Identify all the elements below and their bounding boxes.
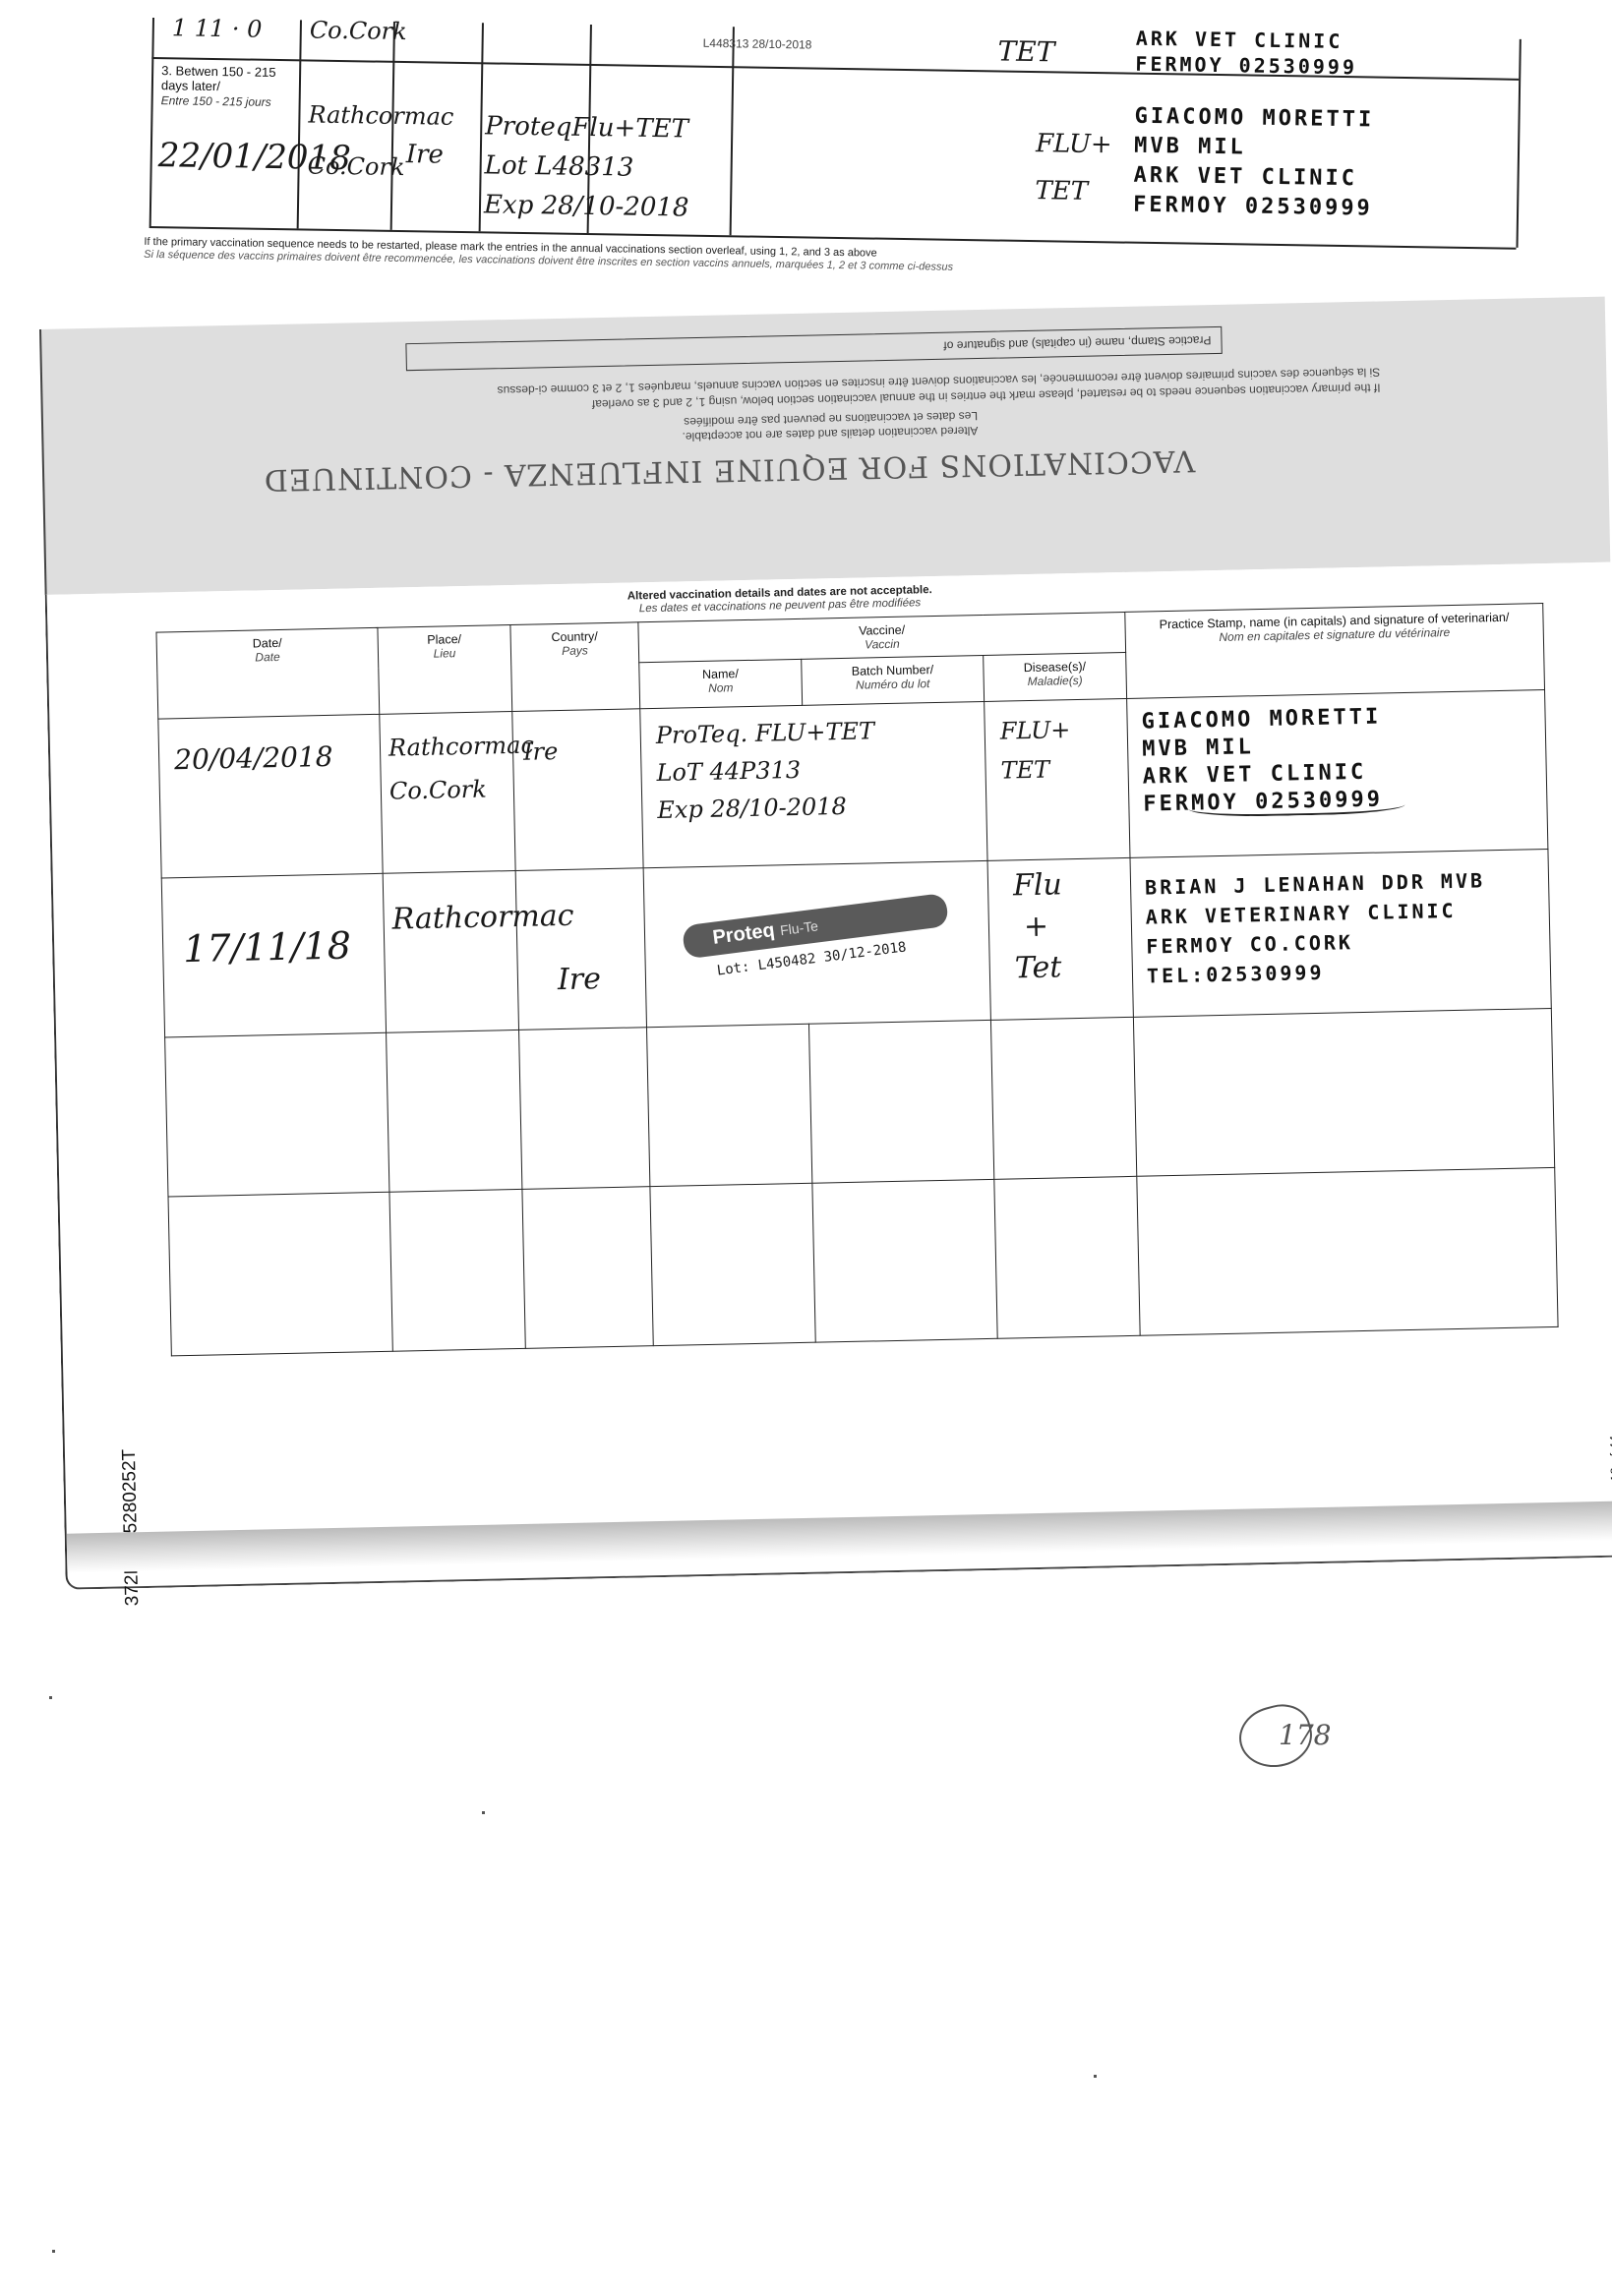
upside-down-page-band: VACCINATIONS FOR EQUINE INFLUENZA - CONT… — [39, 297, 1610, 595]
scan-speck — [482, 1811, 485, 1814]
vaccine-sticker: Proteq Flu-Te Lot: L450482 30/12-2018 — [682, 893, 954, 994]
cell-country: Ire — [512, 709, 643, 871]
prev-row-batch: L448313 28/10-2018 — [703, 36, 812, 52]
vaccination-table: Date/Date Place/Lieu Country/Pays Vaccin… — [155, 603, 1558, 1356]
header-country: Country/Pays — [510, 622, 640, 712]
table-border — [1516, 39, 1521, 248]
table-row: 17/11/18 Rathcormac Ire Proteq Flu-Te Lo… — [161, 849, 1551, 1036]
upside-down-stamp-header: Practice Stamp, name (in capitals) and s… — [405, 326, 1222, 371]
header-name: Name/Nom — [639, 659, 803, 708]
table-border — [297, 20, 302, 228]
cell-stamp: GIACOMO MORETTIMVB MILARK VET CLINICFERM… — [1127, 690, 1548, 858]
header-stamp: Practice Stamp, name (in capitals) and s… — [1125, 604, 1545, 699]
cell-disease: FLU+TET — [985, 698, 1130, 860]
row3-label: 3. Betwen 150 - 215 days later/ Entre 15… — [161, 63, 300, 110]
table-row — [165, 1008, 1555, 1196]
cell-place: RathcormacCo.Cork — [380, 712, 515, 874]
page-number: 18 of 44 — [1607, 1436, 1612, 1482]
row3-stamp: GIACOMO MORETTI MVB MIL ARK VET CLINIC F… — [1133, 102, 1375, 224]
upside-down-content: VACCINATIONS FOR EQUINE INFLUENZA - CONT… — [41, 297, 1610, 595]
prev-row-disease: TET — [997, 35, 1054, 69]
prev-row-place: Co.Cork — [310, 17, 407, 46]
vet-stamp: BRIAN J LENAHAN DDR MVBARK VETERINARY CL… — [1145, 865, 1487, 990]
altered-warning: Altered vaccination details and dates ar… — [627, 584, 932, 616]
table-row: 20/04/2018 RathcormacCo.Cork Ire ProTeq.… — [158, 690, 1548, 878]
cell-vaccine: ProTeq. FLU+TETLoT 44P313Exp 28/10-2018 — [640, 701, 987, 867]
table-row — [168, 1167, 1558, 1355]
page-fold-shadow — [67, 1501, 1612, 1572]
prev-row-stamp: ARK VET CLINIC FERMOY 02530999 — [1135, 26, 1357, 81]
previous-page-fragment: 1 11 · 0 Co.Cork L448313 28/10-2018 TET … — [149, 18, 1519, 265]
row3-vaccine: ProteqFlu+TET Lot L48313 Exp 28/10-2018 — [484, 106, 690, 227]
scan-speck — [1094, 2075, 1097, 2078]
row3-disease: FLU+ TET — [1035, 120, 1112, 215]
row3-country: Ire — [406, 140, 445, 170]
restart-note: If the primary vaccination sequence need… — [144, 236, 953, 274]
cell-vaccine-sticker: Proteq Flu-Te Lot: L450482 30/12-2018 — [643, 860, 990, 1027]
header-batch: Batch Number/Numéro du lot — [802, 655, 985, 705]
table-border — [149, 18, 154, 226]
scan-speck — [49, 1696, 52, 1699]
prev-row-date: 1 11 · 0 — [172, 14, 263, 42]
archive-number: 178 — [1279, 1719, 1331, 1751]
scan-speck — [52, 2250, 55, 2253]
cell-date: 20/04/2018 — [158, 714, 383, 878]
header-disease: Disease(s)/Maladie(s) — [984, 652, 1127, 701]
header-date: Date/Date — [156, 627, 380, 719]
upside-down-title: VACCINATIONS FOR EQUINE INFLUENZA - CONT… — [263, 442, 1195, 497]
header-place: Place/Lieu — [378, 625, 512, 715]
table-border — [730, 27, 735, 235]
vaccination-page: Altered vaccination details and dates ar… — [45, 562, 1612, 1590]
passport-id: 372IRE45280252T — [119, 1449, 144, 1607]
passport-page: VACCINATIONS FOR EQUINE INFLUENZA - CONT… — [39, 297, 1612, 1588]
